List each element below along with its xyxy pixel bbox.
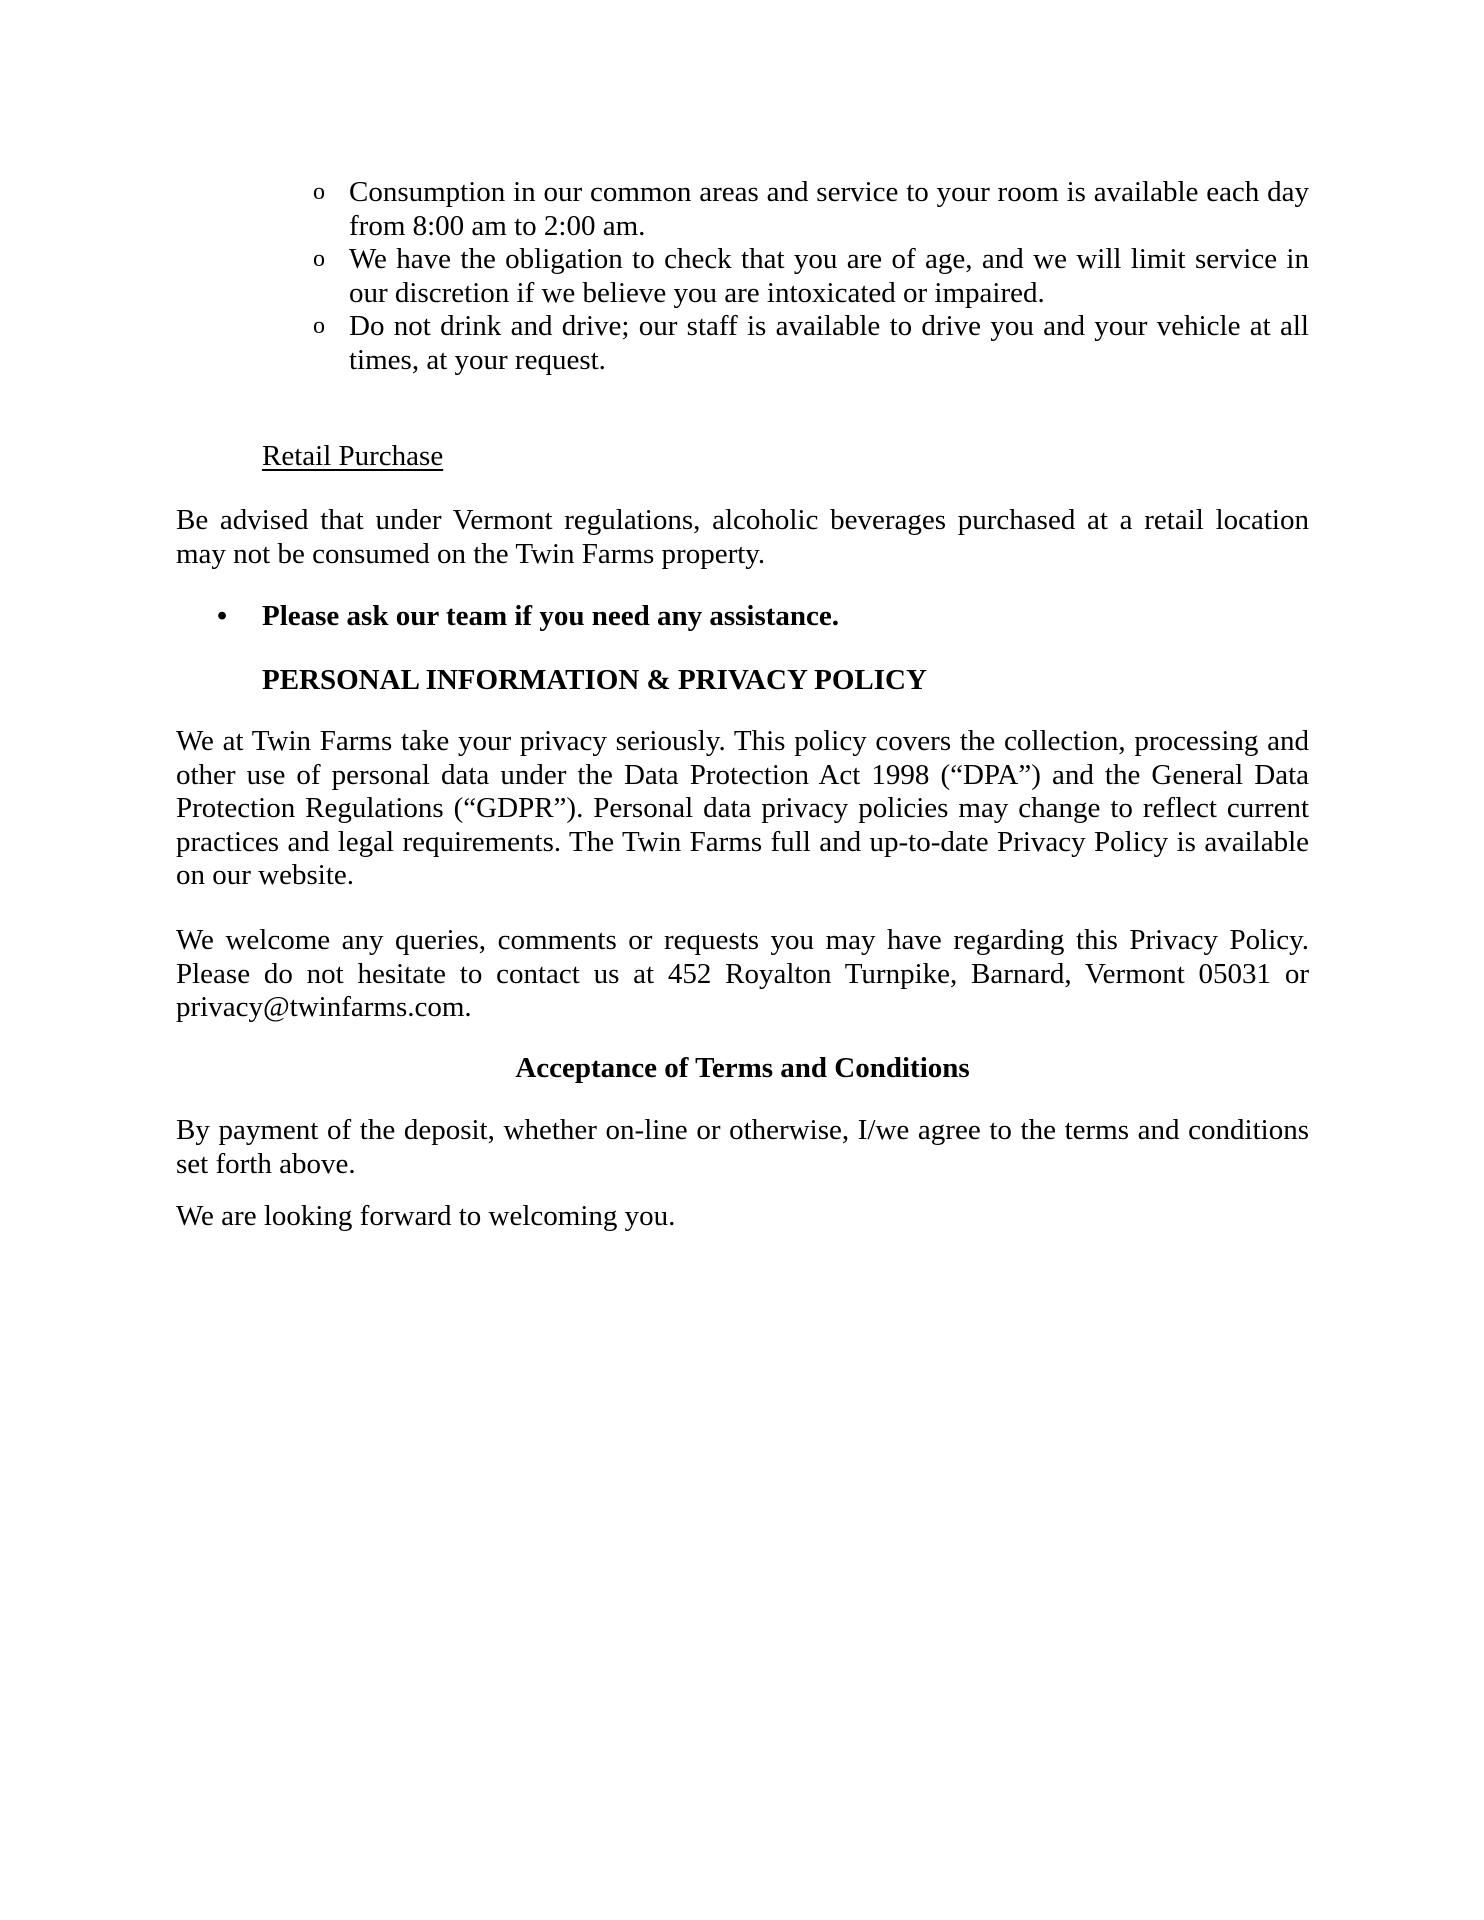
retail-purchase-heading: Retail Purchase <box>262 440 443 474</box>
list-item-text: Consumption in our common areas and serv… <box>349 176 1309 242</box>
privacy-policy-heading: PERSONAL INFORMATION & PRIVACY POLICY <box>262 664 927 698</box>
alcohol-service-list: o Consumption in our common areas and se… <box>313 176 1309 377</box>
hollow-bullet-icon: o <box>313 243 325 277</box>
assistance-text: Please ask our team if you need any assi… <box>262 600 839 634</box>
filled-bullet-icon: • <box>217 600 227 634</box>
list-item-text: Do not drink and drive; our staff is ava… <box>349 310 1309 376</box>
hollow-bullet-icon: o <box>313 310 325 344</box>
list-item: o Consumption in our common areas and se… <box>313 176 1309 243</box>
privacy-paragraph-1: We at Twin Farms take your privacy serio… <box>176 725 1309 893</box>
privacy-paragraph-2: We welcome any queries, comments or requ… <box>176 924 1309 1025</box>
acceptance-heading: Acceptance of Terms and Conditions <box>176 1052 1309 1086</box>
retail-purchase-paragraph: Be advised that under Vermont regulation… <box>176 504 1309 571</box>
list-item: o Do not drink and drive; our staff is a… <box>313 310 1309 377</box>
acceptance-paragraph: By payment of the deposit, whether on-li… <box>176 1114 1309 1181</box>
closing-line: We are looking forward to welcoming you. <box>176 1200 1309 1234</box>
hollow-bullet-icon: o <box>313 176 325 210</box>
document-page: o Consumption in our common areas and se… <box>0 0 1484 1920</box>
list-item: o We have the obligation to check that y… <box>313 243 1309 310</box>
list-item-text: We have the obligation to check that you… <box>349 243 1309 309</box>
